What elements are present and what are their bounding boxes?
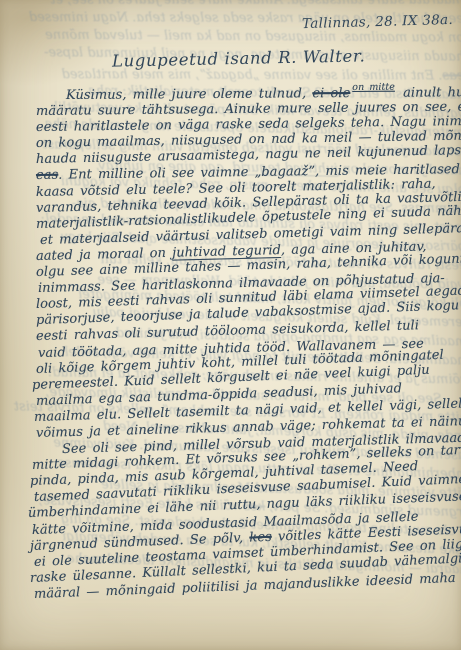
bleed-text: on kogu maailmas, niisugused on nad ka m… bbox=[45, 28, 461, 46]
letter-scan: Küsimus, mille juure oleme tulnud, ei ol… bbox=[0, 0, 461, 650]
struck-text: eas bbox=[36, 168, 58, 183]
handwriting-text: ainult huvitav vaid ka bbox=[397, 85, 461, 101]
salutation: Lugupeetud isand R. Walter. bbox=[112, 46, 366, 70]
letter-body: Küsimus, mille juure oleme tulnud, ei ol… bbox=[36, 88, 461, 603]
struck-text: ei ole bbox=[312, 86, 350, 101]
bleed-line: määratu suure tähtsusega. Ainuke mure se… bbox=[0, 0, 461, 9]
dateline: Tallinnas, 28. IX 38a. bbox=[302, 12, 453, 32]
inserted-correction-text: on mitte bbox=[352, 82, 395, 93]
struck-text: kes bbox=[249, 529, 272, 545]
bleed-text: määratu suure tähtsusega. Ainuke mure se… bbox=[50, 0, 461, 7]
bleed-text: eas bbox=[442, 68, 461, 83]
